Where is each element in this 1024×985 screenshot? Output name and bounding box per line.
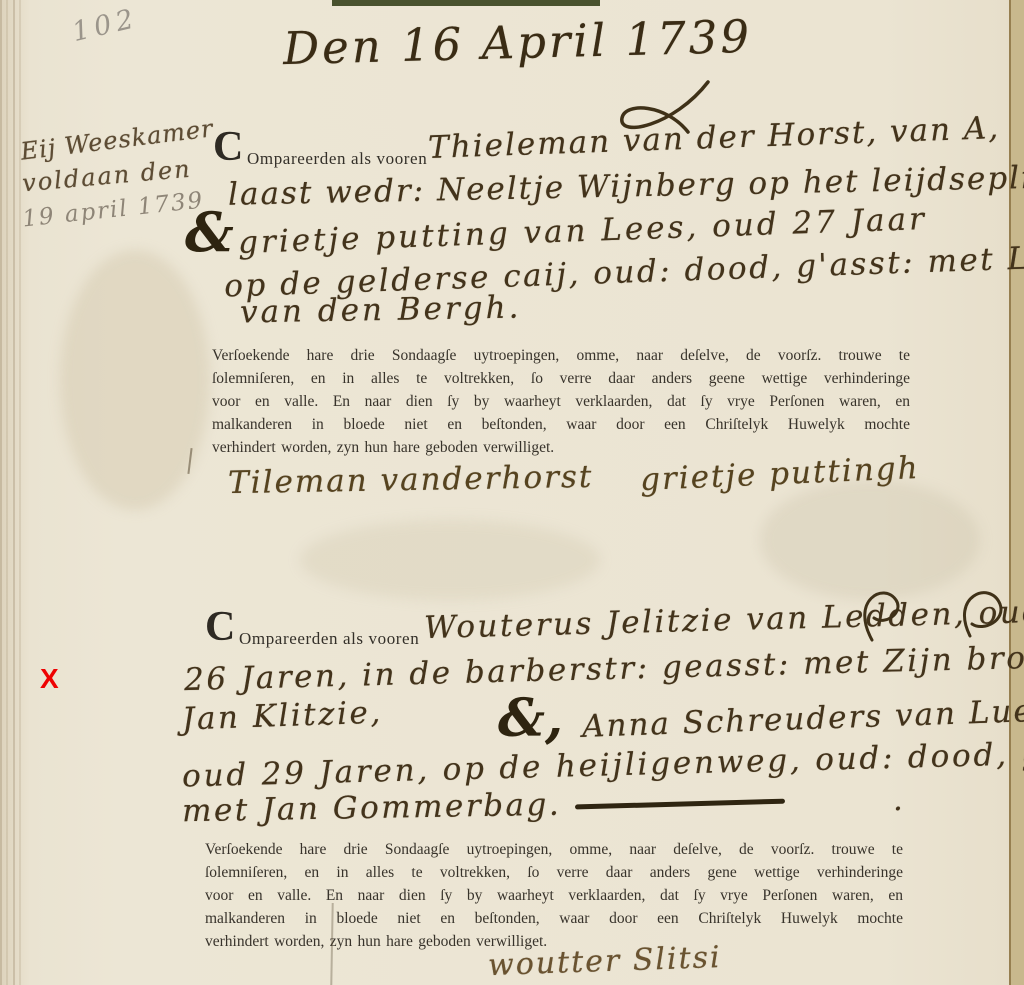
ampersand-flourish: &, bbox=[498, 688, 563, 749]
dropcap-C: C bbox=[213, 126, 243, 168]
printed-line: malkanderen in bloede niet en beſtonden,… bbox=[212, 413, 910, 436]
printed-line: voor en valle. En naar dien ſy by waarhe… bbox=[212, 390, 910, 413]
ampersand-flourish: & bbox=[185, 200, 234, 264]
red-x-marker: X bbox=[40, 663, 59, 695]
signature-groom: Tileman vanderhorst bbox=[228, 459, 594, 501]
printed-line: ſolemniſeren, en in alles te voltrekken,… bbox=[212, 367, 910, 390]
pencil-page-number: 102 bbox=[69, 3, 141, 48]
printed-line: Verſoekende hare drie Sondaagſe uytroepi… bbox=[212, 344, 910, 367]
closing-dash bbox=[575, 799, 785, 810]
printed-consent-text: Verſoekende hare drie Sondaagſe uytroepi… bbox=[212, 344, 910, 459]
trailing-period: . bbox=[893, 782, 905, 818]
handwritten-text: met Jan Gommerbag. bbox=[182, 787, 562, 830]
signature-groom: woutter Slitsi bbox=[487, 940, 722, 983]
header-date: Den 16 April 1739 bbox=[282, 10, 752, 75]
printed-intro: Ompareerden als vooren bbox=[247, 149, 427, 169]
dropcap-C: C bbox=[205, 606, 235, 648]
printed-intro: Ompareerden als vooren bbox=[239, 629, 419, 649]
handwritten-line: Jan Klitzie, bbox=[181, 695, 383, 738]
printed-line: ſolemniſeren, en in alles te voltrekken,… bbox=[205, 861, 903, 884]
printed-line: Verſoekende hare drie Sondaagſe uytroepi… bbox=[205, 838, 903, 861]
printed-line: voor en valle. En naar dien ſy by waarhe… bbox=[205, 884, 903, 907]
handwritten-line: Anna Schreuders van Luelen bbox=[582, 691, 1024, 745]
paper-smudge bbox=[300, 520, 600, 600]
page-right-edge bbox=[1009, 0, 1024, 985]
register-page-scan: 102 Den 16 April 1739 Eij Weeskamer vold… bbox=[0, 0, 1024, 985]
printed-consent-text: Verſoekende hare drie Sondaagſe uytroepi… bbox=[205, 838, 903, 953]
cover-strip bbox=[332, 0, 600, 6]
handwritten-line: van den Bergh. bbox=[240, 290, 522, 331]
printed-line: malkanderen in bloede niet en beſtonden,… bbox=[205, 907, 903, 930]
